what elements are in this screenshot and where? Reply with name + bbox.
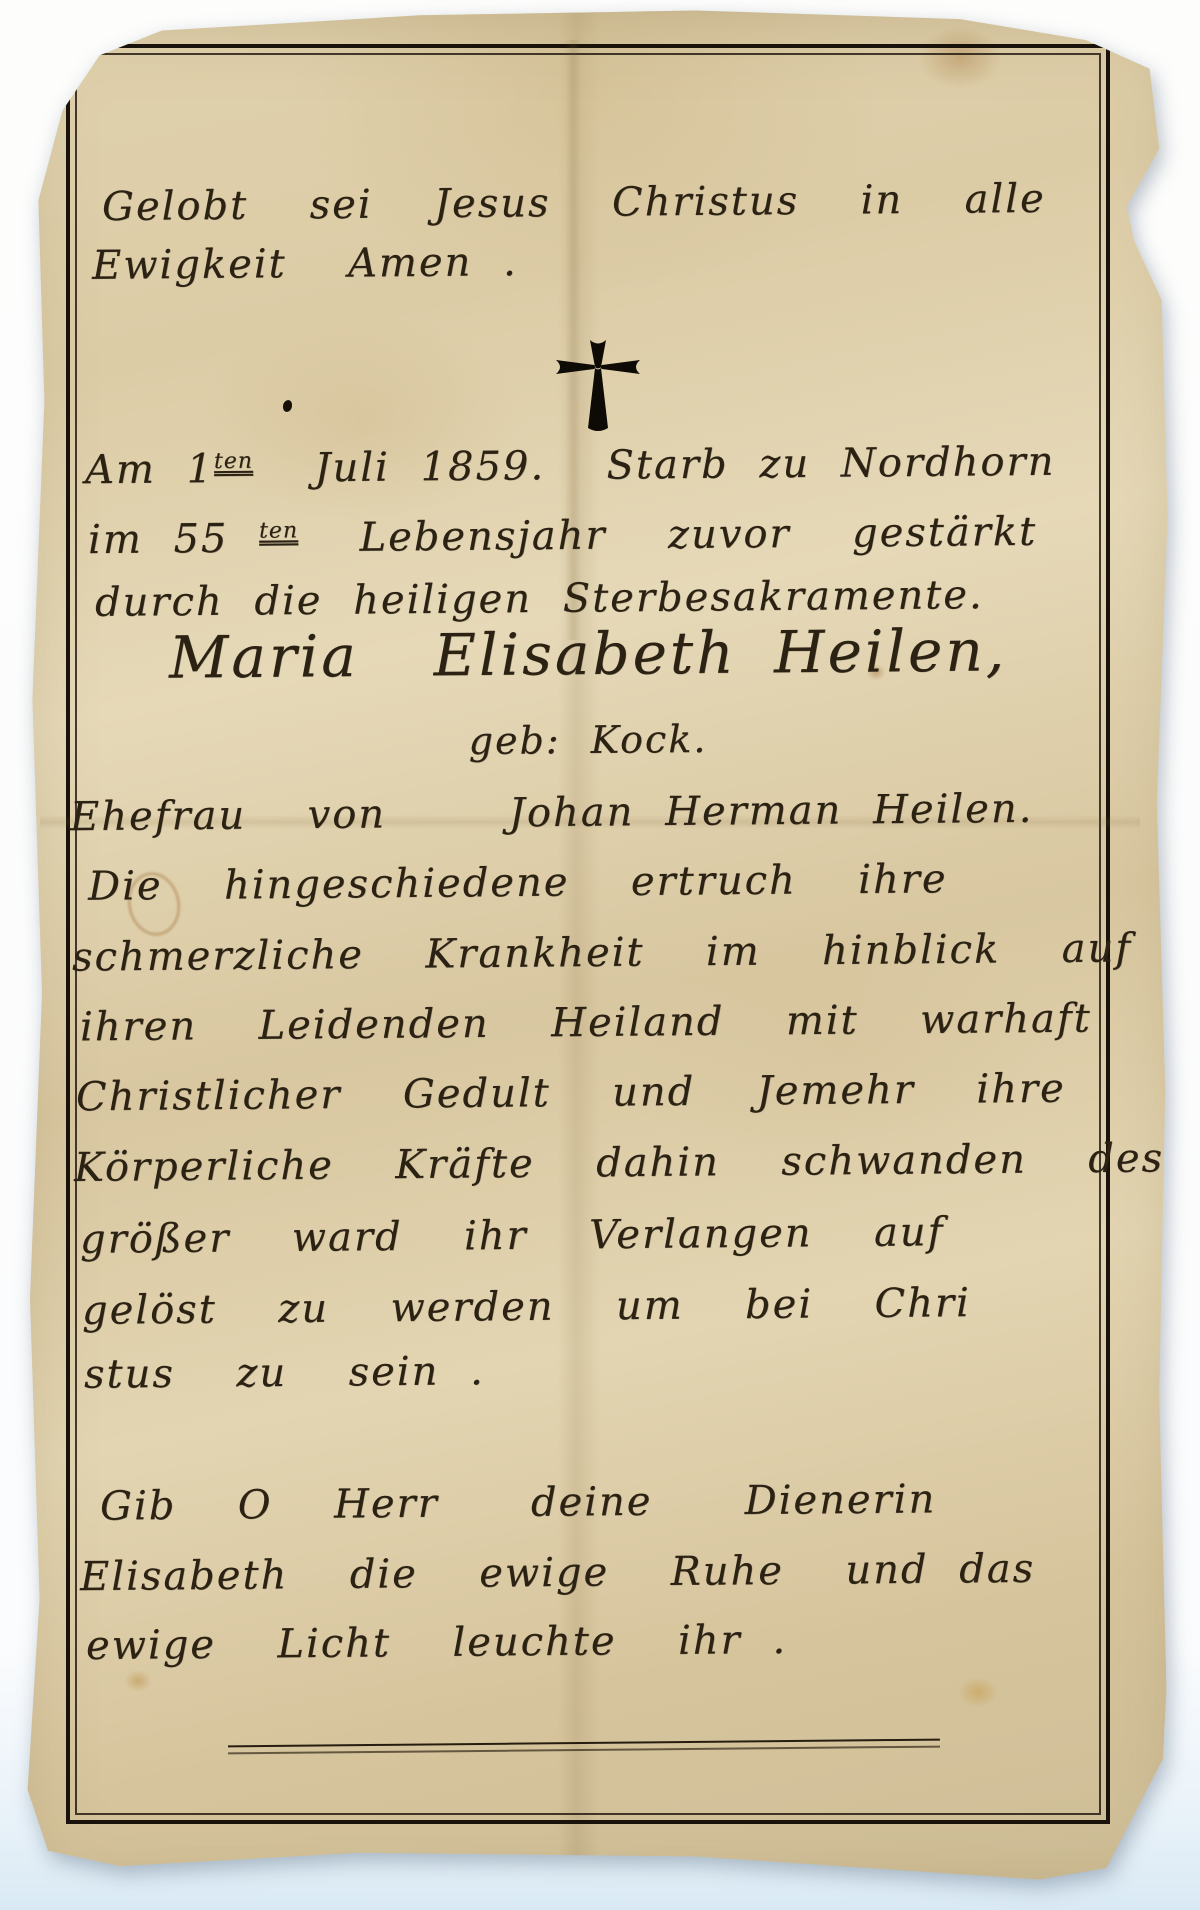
body-line: Christlicher Gedult und Jemehr ihre xyxy=(76,1058,1066,1129)
age-rest: Lebensjahr zuvor gestärkt xyxy=(298,509,1037,561)
age-line: im 55 ten Lebensjahr zuvor gestärkt xyxy=(88,494,1038,571)
prayer-line: Elisabeth die ewige Ruhe und das xyxy=(80,1538,1036,1608)
body-line: Die hingeschiedene ertruch ihre xyxy=(88,848,948,917)
prayer-line: Gib O Herr deine Dienerin xyxy=(100,1468,937,1537)
spouse-line: Ehefrau von Johan Herman Heilen. xyxy=(70,778,1034,848)
scan-background: Gelobt sei Jesus Christus in alle Ewigke… xyxy=(0,0,1200,1910)
praise-line-1: Gelobt sei Jesus Christus in alle xyxy=(102,168,1046,238)
age-prefix: im 55 xyxy=(88,516,259,563)
body-line: schmerzliche Krankheit im hinblick auf xyxy=(72,917,1133,988)
handwritten-text: Gelobt sei Jesus Christus in alle Ewigke… xyxy=(0,0,1200,1910)
date-rest: Juli 1859. Starb zu Nordhorn xyxy=(253,439,1056,492)
maiden-name: geb: Kock. xyxy=(66,707,1110,772)
praise-line-2: Ewigkeit Amen . xyxy=(92,231,518,297)
deceased-name: Maria Elisabeth Heilen, xyxy=(66,607,1111,700)
date-ordinal: ten xyxy=(214,449,253,474)
date-prefix: Am 1 xyxy=(85,446,214,493)
body-line: ihren Leidenden Heiland mit warhaft xyxy=(80,988,1092,1059)
prayer-line: ewige Licht leuchte ihr . xyxy=(86,1609,788,1677)
body-line: Körperliche Kräfte dahin schwanden desto xyxy=(74,1127,1200,1199)
body-line: gelöst zu werden um bei Chri xyxy=(82,1272,971,1342)
latin-cross-icon xyxy=(552,337,644,433)
body-line: größer ward ihr Verlangen auf xyxy=(80,1201,945,1271)
body-line: stus zu sein . xyxy=(84,1340,485,1405)
death-date-line: Am 1ten Juli 1859. Starb zu Nordhorn xyxy=(85,424,1056,501)
paper-sheet: Gelobt sei Jesus Christus in alle Ewigke… xyxy=(0,0,1200,1910)
age-ordinal: ten xyxy=(259,518,298,543)
